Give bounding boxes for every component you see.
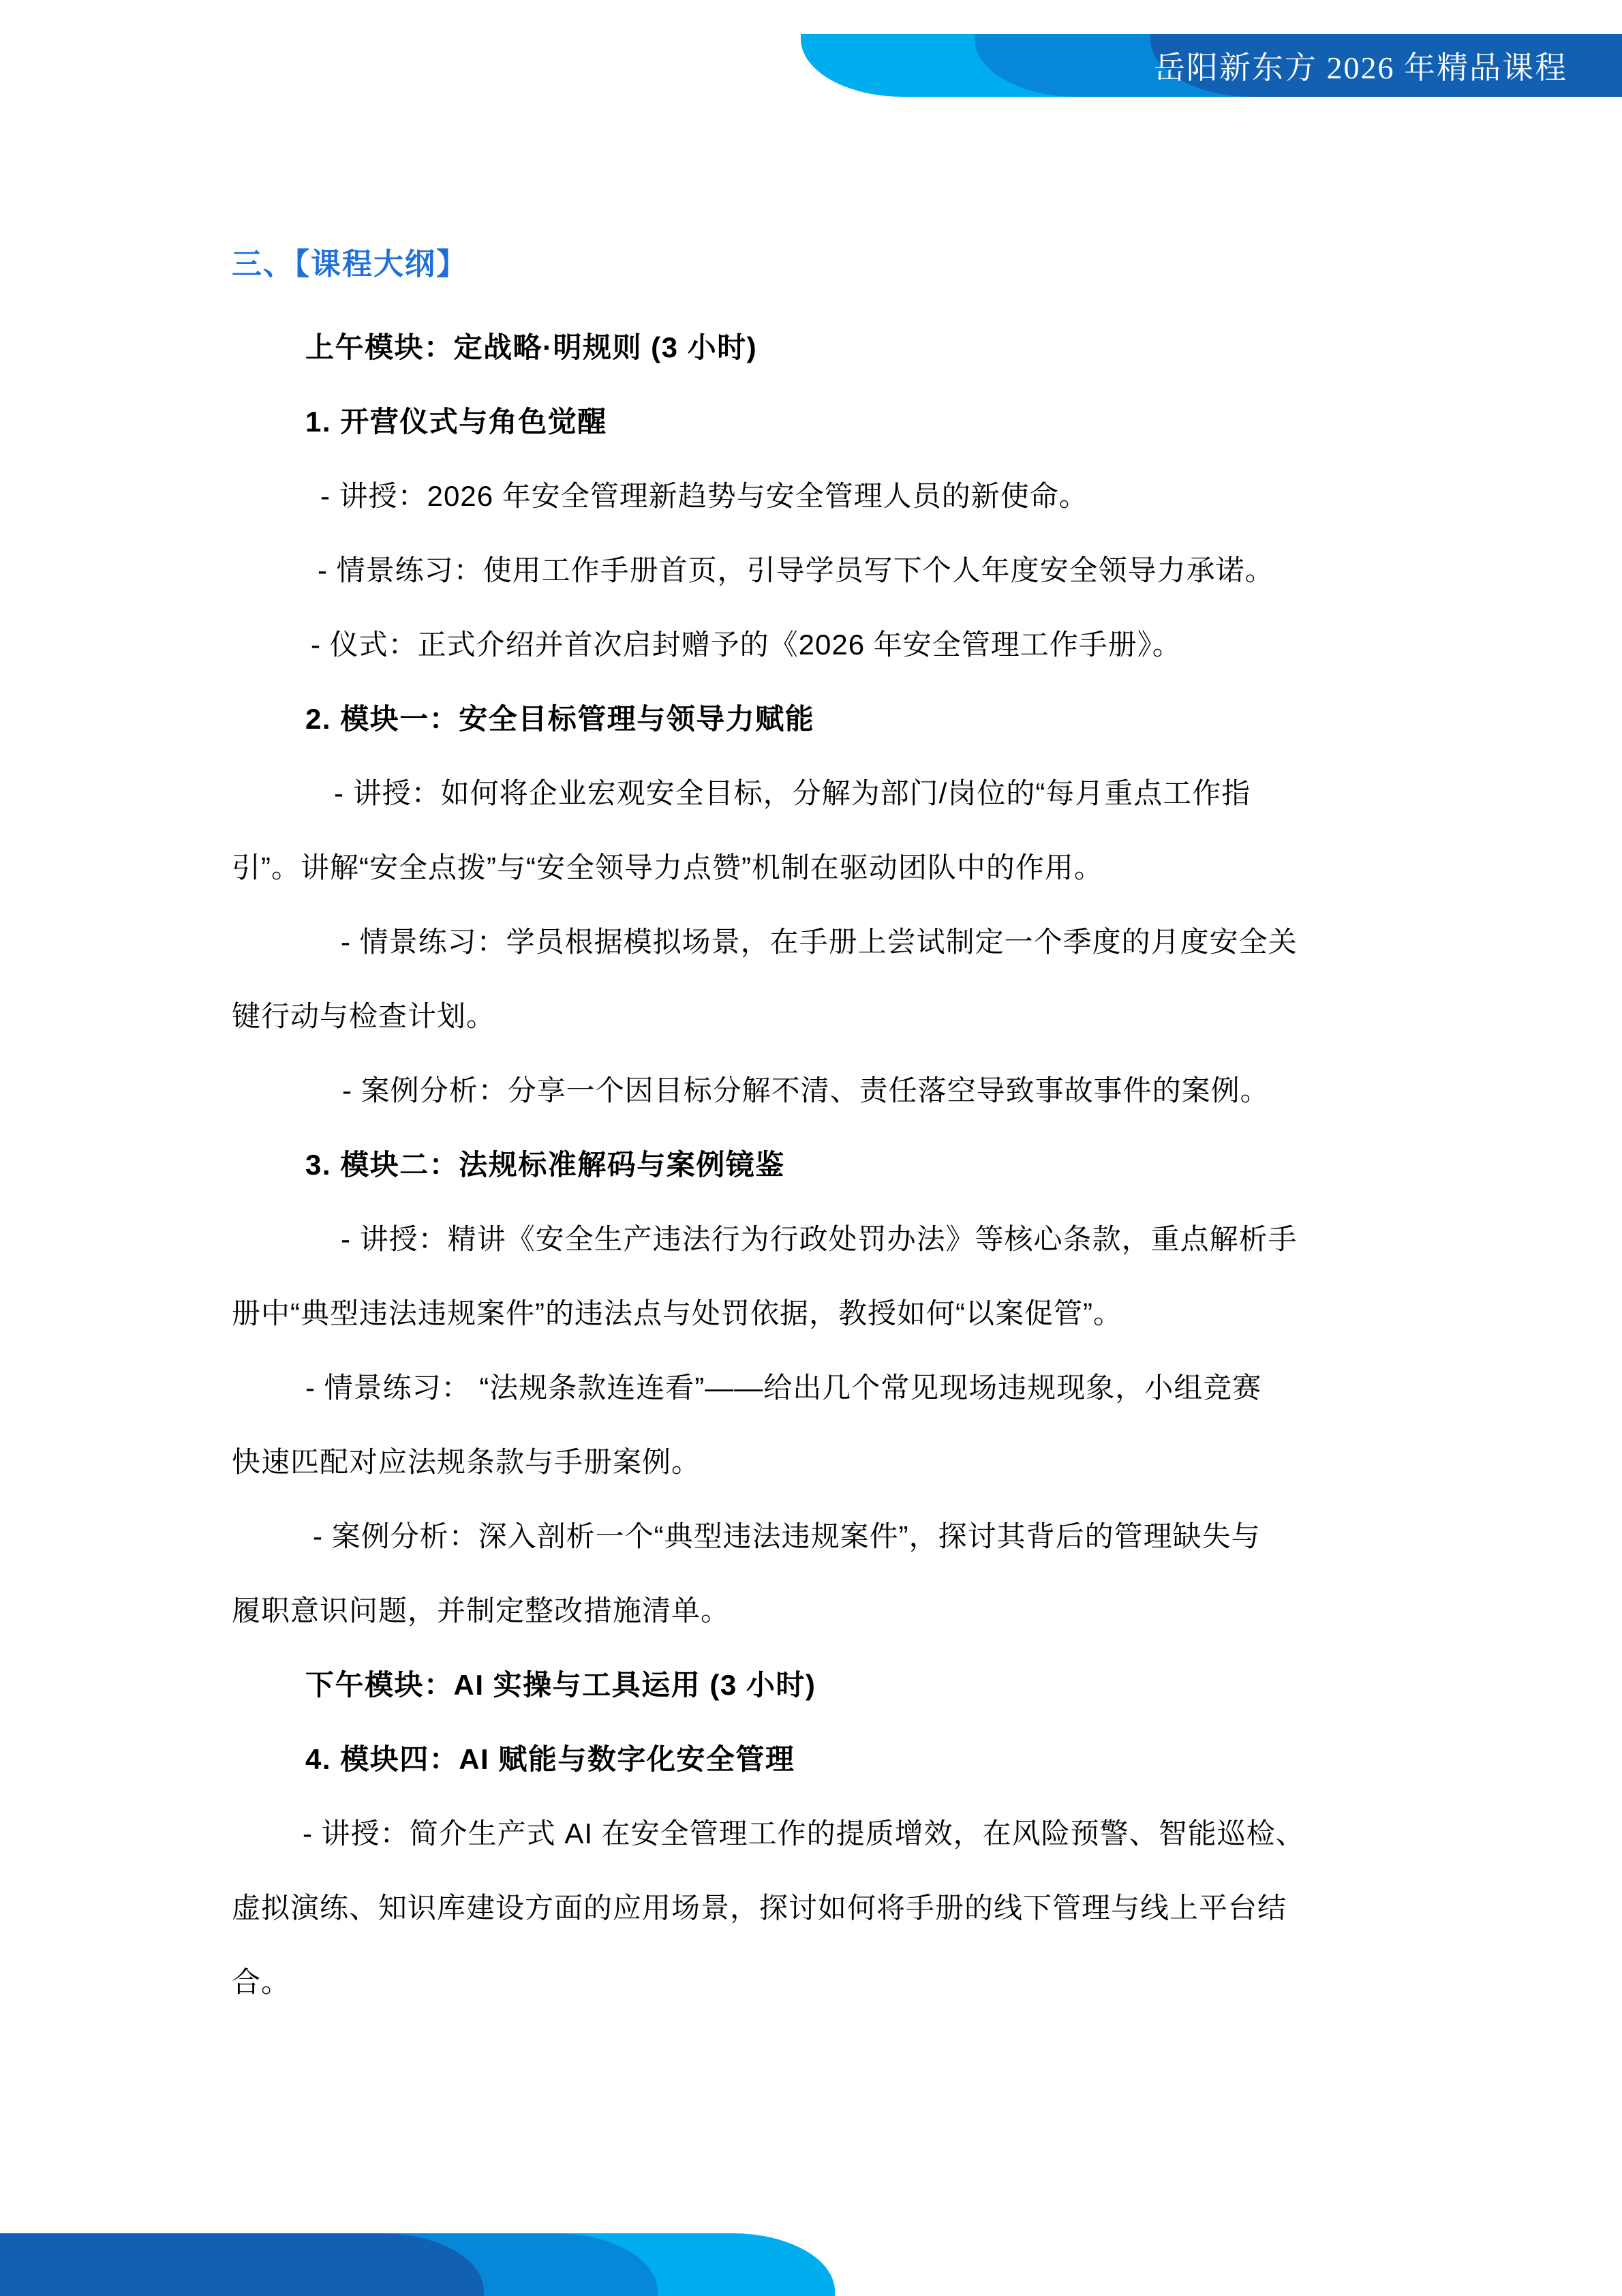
- outline-line: - 案例分析：分享一个因目标分解不清、责任落空导致事故事件的案例。: [0, 1051, 1622, 1126]
- outline-line: 2. 模块一：安全目标管理与领导力赋能: [0, 680, 1622, 754]
- footer-shape-dark-blue: [0, 2233, 484, 2296]
- outline-line: 册中“典型违法违规案件”的违法点与处罚依据，教授如何“以案促管”。: [0, 1274, 1622, 1348]
- outline-line: 合。: [0, 1943, 1622, 2017]
- outline-line: - 情景练习： “法规条款连连看”——给出几个常见现场违规现象，小组竞赛: [0, 1348, 1622, 1423]
- header-banner-text: 岳阳新东方 2026 年精品课程: [1154, 43, 1567, 88]
- header-shape-dark-blue: 岳阳新东方 2026 年精品课程: [1150, 34, 1622, 97]
- outline-line: - 讲授：2026 年安全管理新趋势与安全管理人员的新使命。: [0, 457, 1622, 531]
- outline-line: 3. 模块二：法规标准解码与案例镜鉴: [0, 1126, 1622, 1200]
- outline-line: 虚拟演练、知识库建设方面的应用场景，探讨如何将手册的线下管理与线上平台结: [0, 1869, 1622, 1943]
- outline-line: 1. 开营仪式与角色觉醒: [0, 382, 1622, 457]
- outline-line: 履职意识问题，并制定整改措施清单。: [0, 1571, 1622, 1646]
- outline-line: 上午模块：定战略·明规则 (3 小时): [0, 308, 1622, 382]
- outline-line: 4. 模块四：AI 赋能与数字化安全管理: [0, 1720, 1622, 1794]
- outline-line: - 讲授：简介生产式 AI 在安全管理工作的提质增效，在风险预警、智能巡检、: [0, 1794, 1622, 1869]
- document-page: 岳阳新东方 2026 年精品课程 三、【课程大纲】 上午模块：定战略·明规则 (…: [0, 0, 1622, 2296]
- outline-line: - 情景练习：使用工作手册首页，引导学员写下个人年度安全领导力承诺。: [0, 531, 1622, 605]
- outline-line: - 讲授：精讲《安全生产违法行为行政处罚办法》等核心条款，重点解析手: [0, 1200, 1622, 1274]
- outline-line: - 情景练习：学员根据模拟场景，在手册上尝试制定一个季度的月度安全关: [0, 903, 1622, 977]
- outline-line: - 仪式：正式介绍并首次启封赠予的《2026 年安全管理工作手册》。: [0, 605, 1622, 680]
- outline-line: - 讲授：如何将企业宏观安全目标，分解为部门/岗位的“每月重点工作指: [0, 754, 1622, 828]
- outline-line: - 案例分析：深入剖析一个“典型违法违规案件”，探讨其背后的管理缺失与: [0, 1497, 1622, 1571]
- header-banner: 岳阳新东方 2026 年精品课程: [0, 0, 1622, 136]
- section-heading: 三、【课程大纲】: [232, 247, 468, 282]
- footer-banner: [0, 2160, 1622, 2296]
- outline-line: 引”。讲解“安全点拨”与“安全领导力点赞”机制在驱动团队中的作用。: [0, 828, 1622, 903]
- course-outline: 上午模块：定战略·明规则 (3 小时)1. 开营仪式与角色觉醒- 讲授：2026…: [0, 308, 1622, 2017]
- outline-line: 快速匹配对应法规条款与手册案例。: [0, 1423, 1622, 1497]
- outline-line: 下午模块：AI 实操与工具运用 (3 小时): [0, 1646, 1622, 1720]
- outline-line: 键行动与检查计划。: [0, 977, 1622, 1051]
